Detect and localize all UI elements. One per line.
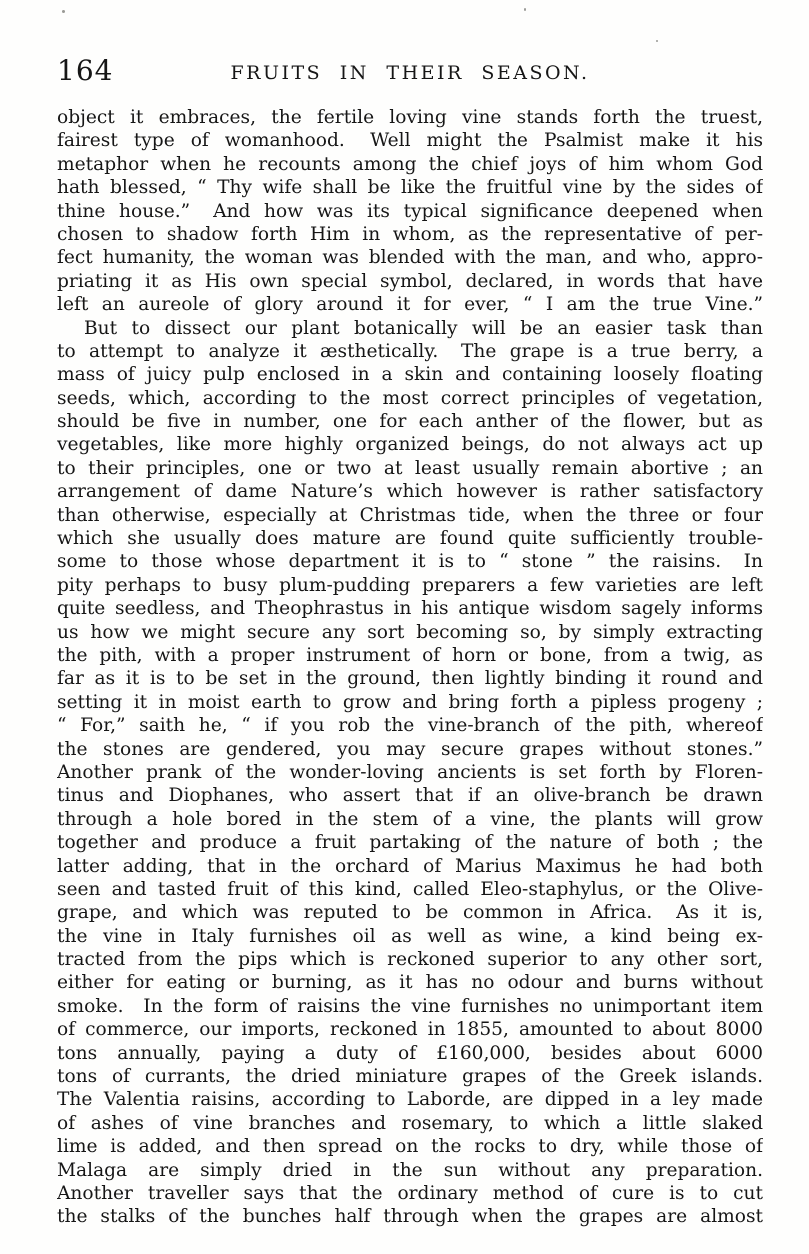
text-line: of ashes of vine branches and rosemary, …: [57, 1112, 763, 1135]
text-line: thine house.” And how was its typical si…: [57, 200, 763, 223]
text-line: Another prank of the wonder-loving ancie…: [57, 761, 763, 784]
text-line: priating it as His own special symbol, d…: [57, 270, 763, 293]
text-line: pity perhaps to busy plum-pudding prepar…: [57, 574, 763, 597]
text-line: Another traveller says that the ordinary…: [57, 1182, 763, 1205]
text-line: far as it is to be set in the ground, th…: [57, 667, 763, 690]
text-line: quite seedless, and Theophrastus in his …: [57, 597, 763, 620]
text-line: lime is added, and then spread on the ro…: [57, 1135, 763, 1158]
text-line: metaphor when he recounts among the chie…: [57, 153, 763, 176]
text-line: vegetables, like more highly organized b…: [57, 433, 763, 456]
text-line: to attempt to analyze it æsthetically. T…: [57, 340, 763, 363]
text-line: seen and tasted fruit of this kind, call…: [57, 878, 763, 901]
text-column: object it embraces, the fertile loving v…: [57, 106, 763, 1229]
text-line: to their principles, one or two at least…: [57, 457, 763, 480]
text-line: smoke. In the form of raisins the vine f…: [57, 995, 763, 1018]
text-line: through a hole bored in the stem of a vi…: [57, 808, 763, 831]
paragraph-vine-womanhood: object it embraces, the fertile loving v…: [57, 106, 763, 317]
scan-speck: [62, 10, 65, 13]
text-line: object it embraces, the fertile loving v…: [57, 106, 763, 129]
text-line: together and produce a fruit partaking o…: [57, 831, 763, 854]
text-line: fairest type of womanhood. Well might th…: [57, 129, 763, 152]
text-line: either for eating or burning, as it has …: [57, 971, 763, 994]
running-title: FRUITS IN THEIR SEASON.: [57, 62, 763, 84]
text-line: But to dissect our plant botanically wil…: [57, 317, 763, 340]
scan-speck: [524, 8, 526, 11]
text-line: tinus and Diophanes, who assert that if …: [57, 784, 763, 807]
text-line: grape, and which was reputed to be commo…: [57, 901, 763, 924]
paragraph-grape-botany: But to dissect our plant botanically wil…: [57, 317, 763, 1229]
text-line: Malaga are simply dried in the sun witho…: [57, 1159, 763, 1182]
text-line: setting it in moist earth to grow and br…: [57, 691, 763, 714]
text-line: the pith, with a proper instrument of ho…: [57, 644, 763, 667]
text-line: fect humanity, the woman was blended wit…: [57, 246, 763, 269]
text-line: seeds, which, according to the most corr…: [57, 387, 763, 410]
text-line: tons of currants, the dried miniature gr…: [57, 1065, 763, 1088]
text-line: arrangement of dame Nature’s which howev…: [57, 480, 763, 503]
text-line: tons annually, paying a duty of £160,000…: [57, 1042, 763, 1065]
text-line: latter adding, that in the orchard of Ma…: [57, 855, 763, 878]
text-line: should be five in number, one for each a…: [57, 410, 763, 433]
text-line: left an aureole of glory around it for e…: [57, 293, 763, 316]
text-line: of commerce, our imports, reckoned in 18…: [57, 1018, 763, 1041]
text-line: the vine in Italy furnishes oil as well …: [57, 925, 763, 948]
text-line: “ For,” saith he, “ if you rob the vine-…: [57, 714, 763, 737]
text-line: than otherwise, especially at Christmas …: [57, 504, 763, 527]
text-line: the stalks of the bunches half through w…: [57, 1205, 763, 1228]
text-line: some to those whose department it is to …: [57, 550, 763, 573]
text-line: which she usually does mature are found …: [57, 527, 763, 550]
book-page: 164 FRUITS IN THEIR SEASON. object it em…: [0, 0, 809, 1254]
text-line: The Valentia raisins, according to Labor…: [57, 1088, 763, 1111]
text-line: mass of juicy pulp enclosed in a skin an…: [57, 363, 763, 386]
text-line: tracted from the pips which is reckoned …: [57, 948, 763, 971]
text-line: the stones are gendered, you may secure …: [57, 738, 763, 761]
text-line: us how we might secure any sort becoming…: [57, 621, 763, 644]
text-line: chosen to shadow forth Him in whom, as t…: [57, 223, 763, 246]
text-line: hath blessed, “ Thy wife shall be like t…: [57, 176, 763, 199]
scan-speck: [656, 40, 658, 42]
page-header: 164 FRUITS IN THEIR SEASON.: [57, 56, 763, 92]
